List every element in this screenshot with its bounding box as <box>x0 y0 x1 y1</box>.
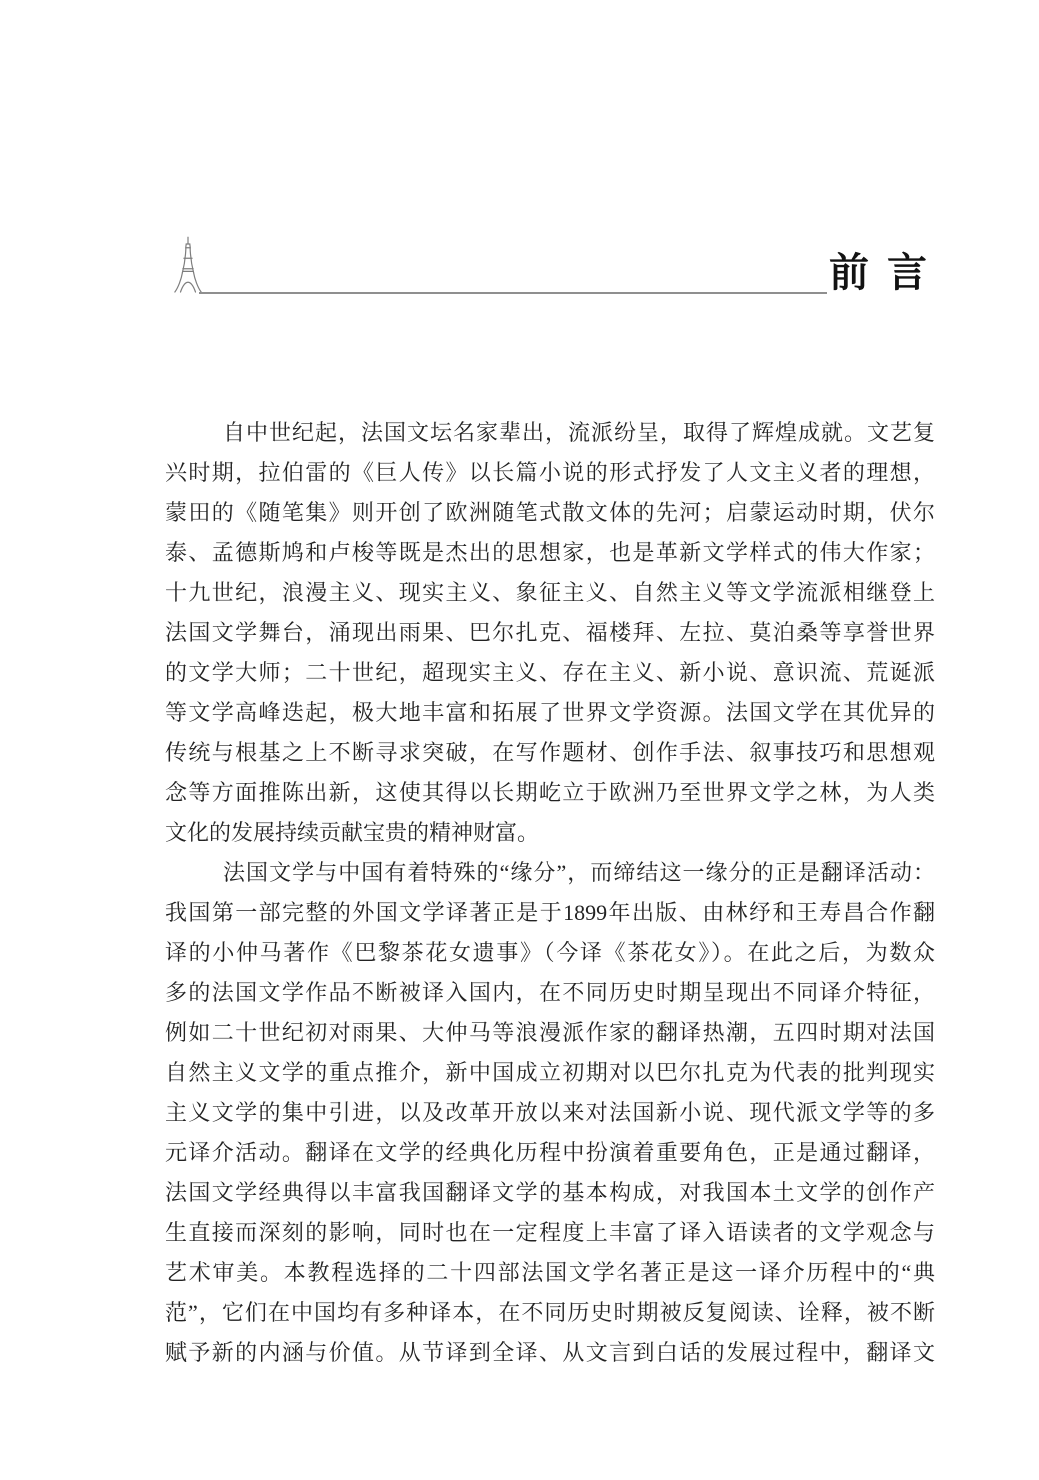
text-line: 译的小仲马著作《巴黎茶花女遗事》（今译《茶花女》）。在此之后，为数众 <box>165 933 935 973</box>
text-line: 等文学高峰迭起，极大地丰富和拓展了世界文学资源。法国文学在其优异的 <box>165 693 935 733</box>
text-line: 十九世纪，浪漫主义、现实主义、象征主义、自然主义等文学流派相继登上 <box>165 573 935 613</box>
paragraph: 法国文学与中国有着特殊的“缘分”，而缔结这一缘分的正是翻译活动：我国第一部完整的… <box>165 853 935 1373</box>
text-line: 自中世纪起，法国文坛名家辈出，流派纷呈，取得了辉煌成就。文艺复 <box>165 413 935 453</box>
text-line: 的文学大师；二十世纪，超现实主义、存在主义、新小说、意识流、荒诞派 <box>165 653 935 693</box>
text-line: 多的法国文学作品不断被译入国内，在不同历史时期呈现出不同译介特征， <box>165 973 935 1013</box>
text-line: 法国文学舞台，涌现出雨果、巴尔扎克、福楼拜、左拉、莫泊桑等享誉世界 <box>165 613 935 653</box>
paragraph: 自中世纪起，法国文坛名家辈出，流派纷呈，取得了辉煌成就。文艺复兴时期，拉伯雷的《… <box>165 413 935 853</box>
text-line: 艺术审美。本教程选择的二十四部法国文学名著正是这一译介历程中的“典 <box>165 1253 935 1293</box>
text-line: 例如二十世纪初对雨果、大仲马等浪漫派作家的翻译热潮，五四时期对法国 <box>165 1013 935 1053</box>
text-line: 我国第一部完整的外国文学译著正是于1899年出版、由林纾和王寿昌合作翻 <box>165 893 935 933</box>
text-line: 法国文学经典得以丰富我国翻译文学的基本构成，对我国本土文学的创作产 <box>165 1173 935 1213</box>
text-line: 泰、孟德斯鸠和卢梭等既是杰出的思想家，也是革新文学样式的伟大作家； <box>165 533 935 573</box>
text-line: 兴时期，拉伯雷的《巨人传》以长篇小说的形式抒发了人文主义者的理想， <box>165 453 935 493</box>
text-line: 蒙田的《随笔集》则开创了欧洲随笔式散文体的先河；启蒙运动时期，伏尔 <box>165 493 935 533</box>
eiffel-tower-icon <box>173 236 203 294</box>
text-line: 自然主义文学的重点推介，新中国成立初期对以巴尔扎克为代表的批判现实 <box>165 1053 935 1093</box>
text-line: 法国文学与中国有着特殊的“缘分”，而缔结这一缘分的正是翻译活动： <box>165 853 935 893</box>
text-line: 念等方面推陈出新，这使其得以长期屹立于欧洲乃至世界文学之林，为人类 <box>165 773 935 813</box>
header-rule <box>199 292 827 294</box>
text-line: 主义文学的集中引进，以及改革开放以来对法国新小说、现代派文学等的多 <box>165 1093 935 1133</box>
book-page: 前 言 自中世纪起，法国文坛名家辈出，流派纷呈，取得了辉煌成就。文艺复兴时期，拉… <box>0 0 1039 1480</box>
text-line: 文化的发展持续贡献宝贵的精神财富。 <box>165 813 935 853</box>
page-title: 前 言 <box>829 250 939 296</box>
text-line: 范”，它们在中国均有多种译本，在不同历史时期被反复阅读、诠释，被不断 <box>165 1293 935 1333</box>
text-line: 生直接而深刻的影响，同时也在一定程度上丰富了译入语读者的文学观念与 <box>165 1213 935 1253</box>
text-line: 赋予新的内涵与价值。从节译到全译、从文言到白话的发展过程中，翻译文 <box>165 1333 935 1373</box>
preface-body: 自中世纪起，法国文坛名家辈出，流派纷呈，取得了辉煌成就。文艺复兴时期，拉伯雷的《… <box>165 413 935 1373</box>
text-line: 元译介活动。翻译在文学的经典化历程中扮演着重要角色，正是通过翻译， <box>165 1133 935 1173</box>
text-line: 传统与根基之上不断寻求突破，在写作题材、创作手法、叙事技巧和思想观 <box>165 733 935 773</box>
